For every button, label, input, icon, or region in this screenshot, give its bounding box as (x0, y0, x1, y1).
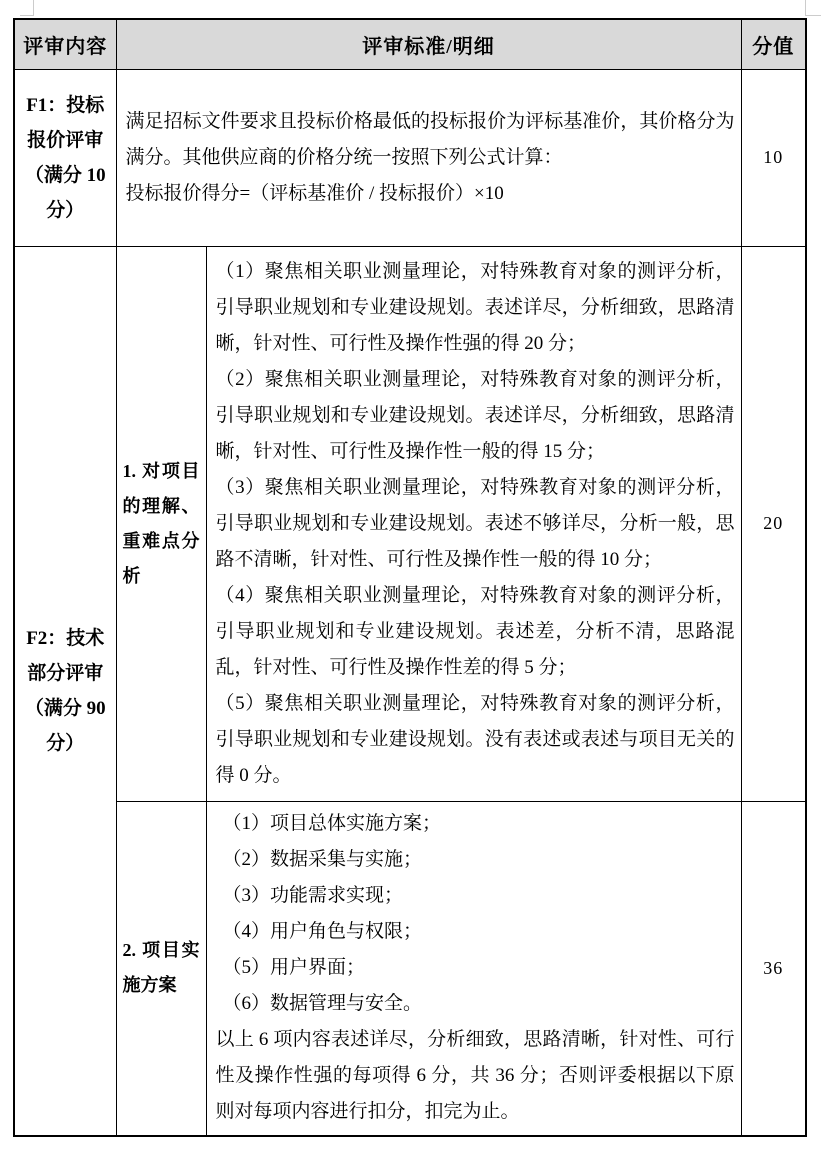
scoring-item: （1）聚焦相关职业测量理论，对特殊教育对象的测评分析，引导职业规划和专业建设规划… (216, 254, 735, 362)
plan-item: （3）功能需求实现； (216, 878, 735, 914)
plan-item: （1）项目总体实施方案； (216, 806, 735, 842)
row-f2-understanding-analysis: F2：技术部分评审（满分 90 分） 1. 对项目的理解、重难点分析 （1）聚焦… (14, 246, 806, 801)
f1-formula-line: 投标报价得分=（评标基准价 / 投标报价）×10 (126, 176, 735, 212)
evaluation-criteria-table: 评审内容 评审标准/明细 分值 F1：投标报价评审（满分 10 分） 满足招标文… (13, 18, 807, 1137)
detail-cell-f1: 满足招标文件要求且投标价格最低的投标报价为评标基准价，其价格分为满分。其他供应商… (116, 69, 741, 246)
criterion-cell-f2: F2：技术部分评审（满分 90 分） (14, 246, 116, 1136)
score-cell-f1: 10 (741, 69, 806, 246)
criterion-cell-f1: F1：投标报价评审（满分 10 分） (14, 69, 116, 246)
column-header-review-standard: 评审标准/明细 (116, 19, 741, 69)
crop-mark-top-right-horizontal (805, 15, 821, 16)
scoring-item: （3）聚焦相关职业测量理论，对特殊教育对象的测评分析，引导职业规划和专业建设规划… (216, 470, 735, 578)
subitem-cell-understanding: 1. 对项目的理解、重难点分析 (116, 246, 206, 801)
scoring-item: （4）聚焦相关职业测量理论，对特殊教育对象的测评分析，引导职业规划和专业建设规划… (216, 578, 735, 686)
scoring-item: （5）聚焦相关职业测量理论，对特殊教育对象的测评分析，引导职业规划和专业建设规划… (216, 686, 735, 794)
scoring-item: （2）聚焦相关职业测量理论，对特殊教育对象的测评分析，引导职业规划和专业建设规划… (216, 362, 735, 470)
plan-scoring-note: 以上 6 项内容表述详尽，分析细致，思路清晰，针对性、可行性及操作性强的每项得 … (216, 1022, 735, 1130)
row-f2-implementation-plan: 2. 项目实施方案 （1）项目总体实施方案； （2）数据采集与实施； （3）功能… (14, 801, 806, 1136)
detail-cell-understanding: （1）聚焦相关职业测量理论，对特殊教育对象的测评分析，引导职业规划和专业建设规划… (206, 246, 741, 801)
plan-item: （2）数据采集与实施； (216, 842, 735, 878)
table-header-row: 评审内容 评审标准/明细 分值 (14, 19, 806, 69)
column-header-score: 分值 (741, 19, 806, 69)
score-cell-implementation: 36 (741, 801, 806, 1136)
plan-item: （6）数据管理与安全。 (216, 986, 735, 1022)
crop-mark-top-left-horizontal (20, 15, 34, 16)
plan-item: （5）用户界面； (216, 950, 735, 986)
row-f1-price-review: F1：投标报价评审（满分 10 分） 满足招标文件要求且投标价格最低的投标报价为… (14, 69, 806, 246)
score-cell-understanding: 20 (741, 246, 806, 801)
plan-item: （4）用户角色与权限； (216, 914, 735, 950)
subitem-cell-implementation: 2. 项目实施方案 (116, 801, 206, 1136)
crop-mark-top-right-vertical (805, 0, 806, 15)
column-header-review-content: 评审内容 (14, 19, 116, 69)
crop-mark-top-left-vertical (33, 0, 34, 15)
detail-cell-implementation: （1）项目总体实施方案； （2）数据采集与实施； （3）功能需求实现； （4）用… (206, 801, 741, 1136)
f1-detail-paragraph: 满足招标文件要求且投标价格最低的投标报价为评标基准价，其价格分为满分。其他供应商… (126, 104, 735, 176)
